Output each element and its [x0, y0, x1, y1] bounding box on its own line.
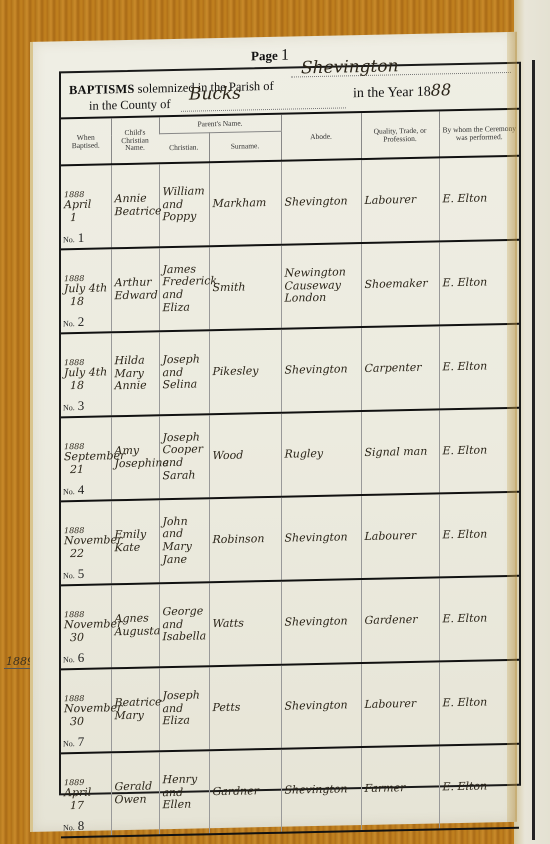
quality-cell: Gardener — [361, 577, 439, 663]
entry-day: 1 — [64, 211, 108, 225]
when-baptised-cell: 1888 September 21 No.4 — [61, 416, 111, 501]
page-label: Page — [251, 48, 278, 64]
when-baptised-cell: 1888 November 30 No.6 — [61, 584, 111, 669]
page-number-value: 1 — [281, 47, 289, 64]
col-abode: Abode. — [281, 113, 361, 161]
parent-christian-cell: James Frederick and Eliza — [159, 246, 209, 331]
entry-number-value: 4 — [78, 482, 85, 497]
entry-number: No.7 — [63, 735, 84, 750]
entry-number-value: 6 — [78, 650, 85, 665]
child-name-cell: Hilda Mary Annie — [111, 331, 159, 416]
parent-surname-cell: Smith — [209, 245, 281, 331]
quality-cell: Signal man — [361, 409, 439, 495]
parent-surname-cell: Gardner — [209, 749, 281, 835]
by-whom-cell: E. Elton — [439, 157, 519, 242]
when-baptised-cell: 1888 November 30 No.7 — [61, 668, 111, 753]
year-label: in the Year 1888 — [353, 80, 451, 102]
entry-day: 30 — [64, 631, 108, 645]
entry-number-value: 5 — [78, 566, 85, 581]
by-whom-cell: E. Elton — [439, 324, 519, 410]
entry-number: No.5 — [63, 567, 84, 582]
child-name-cell: Beatrice Mary — [111, 667, 159, 752]
entry-number-value: 7 — [78, 734, 85, 749]
register-entries: 1888 April 1 No.1 Annie Beatrice William… — [61, 157, 519, 838]
no-label: No. — [63, 655, 75, 664]
register-frame: BAPTISMS solemnized in the Parish of She… — [59, 62, 521, 796]
when-baptised-cell: 1889 April 17 No.8 — [61, 752, 111, 837]
child-name-cell: Emily Kate — [111, 499, 159, 584]
no-label: No. — [63, 403, 75, 412]
entry-month: November — [64, 618, 108, 632]
entry-month: April — [64, 198, 108, 212]
county-name: Bucks — [189, 84, 241, 105]
child-name-cell: Annie Beatrice — [111, 164, 159, 248]
entry-number-value: 1 — [78, 230, 85, 245]
parent-surname-cell: Pikesley — [209, 329, 281, 415]
entry-day: 21 — [64, 463, 108, 477]
entry-day: 17 — [64, 799, 108, 813]
no-label: No. — [63, 739, 75, 748]
child-name-cell: Gerald Owen — [111, 751, 159, 836]
table-row: 1888 September 21 No.4 Amy Josephine Jos… — [61, 408, 519, 502]
abode-cell: Newington Causeway London — [281, 243, 361, 329]
by-whom-cell: E. Elton — [439, 492, 519, 578]
parent-christian-cell: Henry and Ellen — [159, 750, 209, 835]
col-parent-surname: Surname. — [209, 131, 281, 162]
entry-month: July 4th — [64, 282, 108, 296]
heading-line-1: BAPTISMS solemnized in the Parish of — [69, 79, 274, 98]
col-when-baptised: When Baptised. — [61, 118, 111, 165]
entry-month: November — [64, 702, 108, 716]
by-whom-cell: E. Elton — [439, 744, 519, 830]
no-label: No. — [63, 571, 75, 580]
parent-christian-cell: William and Poppy — [159, 163, 209, 247]
by-whom-cell: E. Elton — [439, 576, 519, 662]
parent-surname-cell: Robinson — [209, 497, 281, 583]
entry-number-value: 2 — [78, 314, 85, 329]
entry-number: No.2 — [63, 315, 84, 330]
abode-cell: Shevington — [281, 663, 361, 749]
table-row: 1888 July 4th 18 No.2 Arthur Edward Jame… — [61, 240, 519, 334]
register-heading: BAPTISMS solemnized in the Parish of She… — [61, 64, 519, 116]
entry-month: April — [64, 786, 108, 800]
entry-number-value: 8 — [78, 818, 85, 833]
no-label: No. — [63, 823, 75, 832]
entry-number: No.1 — [63, 231, 84, 246]
register-page: Page 1 BAPTISMS solemnized in the Parish… — [30, 32, 515, 832]
when-baptised-cell: 1888 July 4th 18 No.2 — [61, 248, 111, 333]
quality-cell: Carpenter — [361, 325, 439, 411]
parent-surname-cell: Wood — [209, 413, 281, 499]
entry-day: 22 — [64, 547, 108, 561]
county-prefix: in the County of — [89, 97, 171, 114]
parent-surname-cell: Petts — [209, 665, 281, 751]
parent-christian-cell: John and Mary Jane — [159, 498, 209, 583]
quality-cell: Labourer — [361, 661, 439, 747]
quality-cell: Shoemaker — [361, 241, 439, 327]
col-quality: Quality, Trade, or Profession. — [361, 111, 439, 159]
parish-name: Shevington — [301, 56, 399, 78]
col-parent-christian: Christian. — [159, 133, 209, 164]
abode-cell: Shevington — [281, 495, 361, 581]
quality-cell: Labourer — [361, 158, 439, 243]
col-by-whom: By whom the Ceremony was performed. — [439, 110, 519, 158]
entry-day: 18 — [64, 379, 108, 393]
abode-cell: Rugley — [281, 411, 361, 497]
quality-cell: Labourer — [361, 493, 439, 579]
parent-surname-cell: Markham — [209, 162, 281, 247]
no-label: No. — [63, 235, 75, 244]
when-baptised-cell: 1888 July 4th 18 No.3 — [61, 332, 111, 417]
when-baptised-cell: 1888 November 22 No.5 — [61, 500, 111, 585]
child-name-cell: Arthur Edward — [111, 247, 159, 332]
table-row: 1888 November 30 No.7 Beatrice Mary Jose… — [61, 660, 519, 754]
child-name-cell: Amy Josephine — [111, 415, 159, 500]
col-child-name: Child's Christian Name. — [111, 117, 159, 164]
parent-christian-cell: Joseph and Selina — [159, 330, 209, 415]
table-row: 1888 July 4th 18 No.3 Hilda Mary Annie J… — [61, 324, 519, 418]
baptisms-title: BAPTISMS — [69, 82, 135, 97]
table-row: 1889 April 17 No.8 Gerald Owen Henry and… — [61, 744, 519, 838]
entry-number: No.4 — [63, 483, 84, 498]
entry-day: 30 — [64, 715, 108, 729]
entry-number: No.6 — [63, 651, 84, 666]
year-handwritten: 88 — [431, 80, 451, 99]
table-row: 1888 November 30 No.6 Agnes Augusta Geor… — [61, 576, 519, 670]
by-whom-cell: E. Elton — [439, 408, 519, 494]
table-row: 1888 April 1 No.1 Annie Beatrice William… — [61, 157, 519, 250]
abode-cell: Shevington — [281, 747, 361, 833]
entry-number: No.3 — [63, 399, 84, 414]
entry-month: November — [64, 534, 108, 548]
no-label: No. — [63, 319, 75, 328]
abode-cell: Shevington — [281, 579, 361, 665]
baptism-register-table: When Baptised. Child's Christian Name. P… — [61, 110, 519, 839]
when-baptised-cell: 1888 April 1 No.1 — [61, 165, 111, 249]
parent-christian-cell: Joseph and Eliza — [159, 666, 209, 751]
entry-month: September — [64, 450, 108, 464]
entry-month: July 4th — [64, 366, 108, 380]
child-name-cell: Agnes Augusta — [111, 583, 159, 668]
by-whom-cell: E. Elton — [439, 660, 519, 746]
quality-cell: Farmer — [361, 745, 439, 831]
by-whom-cell: E. Elton — [439, 240, 519, 326]
entry-day: 18 — [64, 295, 108, 309]
entry-number-value: 3 — [78, 398, 85, 413]
parent-surname-cell: Watts — [209, 581, 281, 667]
year-prefix: in the Year 18 — [353, 85, 431, 102]
page-number: Page 1 — [251, 47, 289, 66]
table-row: 1888 November 22 No.5 Emily Kate John an… — [61, 492, 519, 586]
no-label: No. — [63, 487, 75, 496]
abode-cell: Shevington — [281, 327, 361, 413]
parent-christian-cell: Joseph Cooper and Sarah — [159, 414, 209, 499]
parent-christian-cell: George and Isabella — [159, 582, 209, 667]
entry-number: No.8 — [63, 819, 84, 834]
abode-cell: Shevington — [281, 160, 361, 245]
